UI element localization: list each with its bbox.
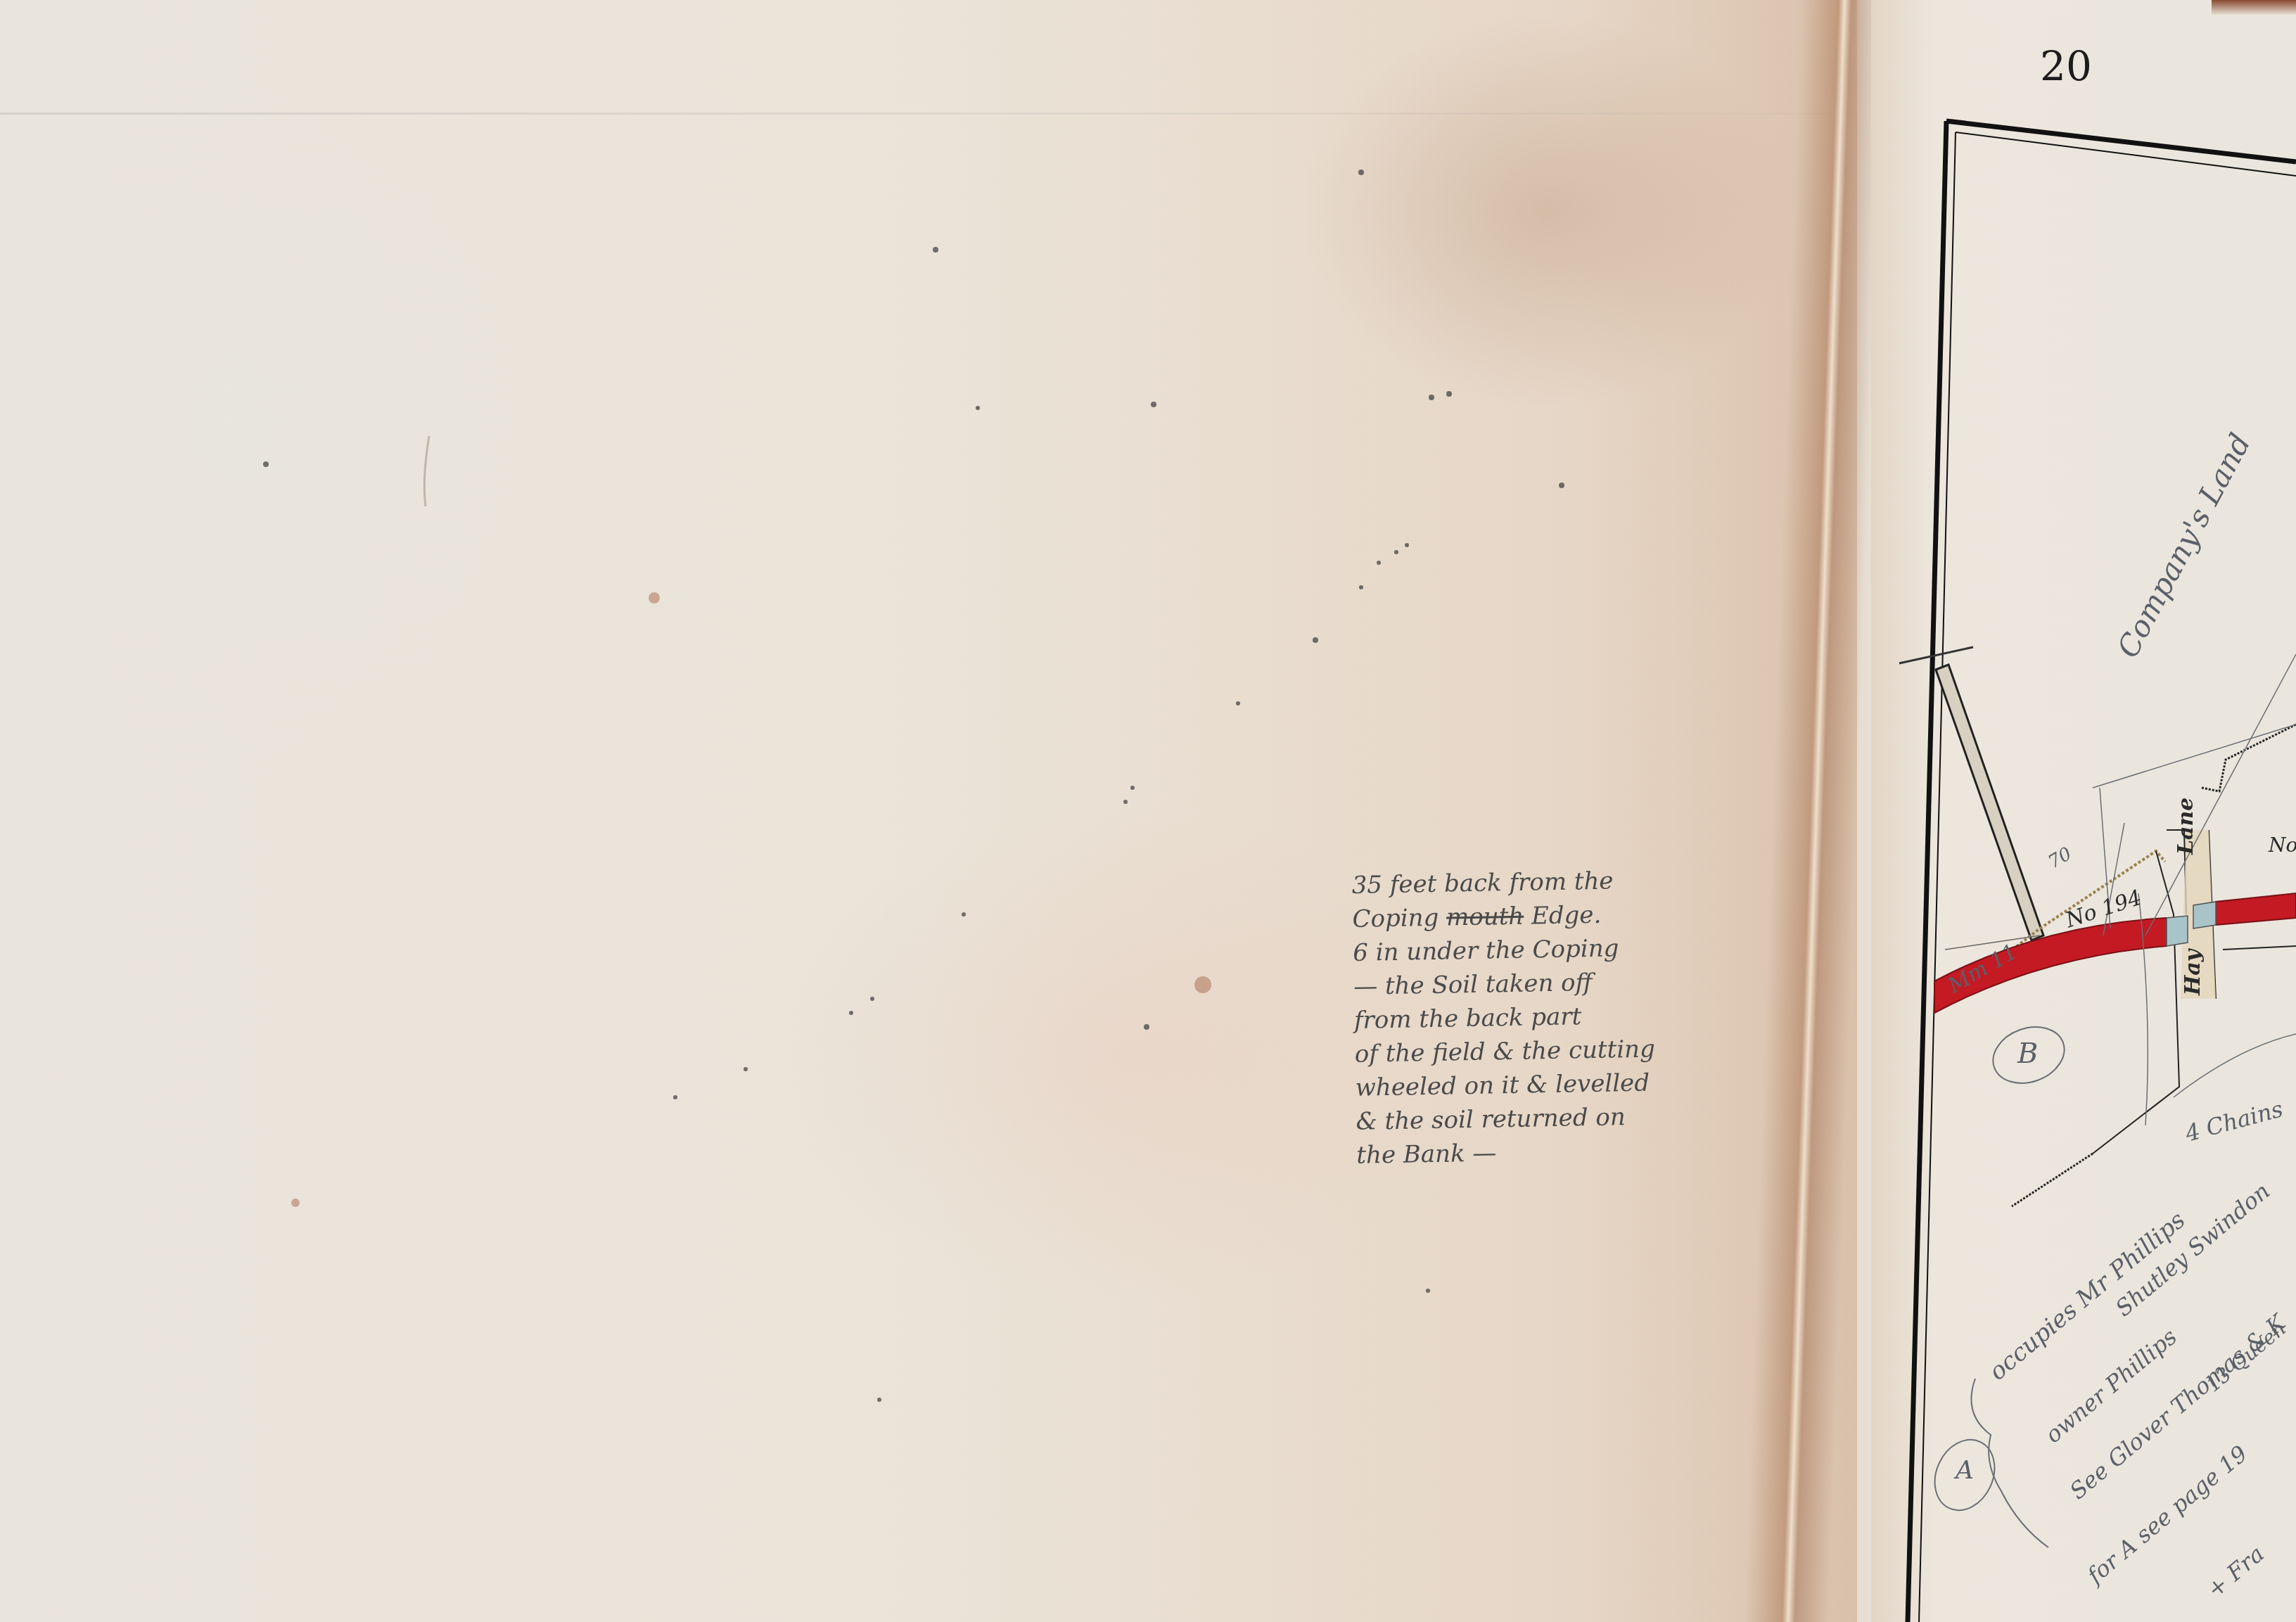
- survey-map: [0, 0, 2296, 1622]
- book-spread: 35 feet back from the Coping mouth Edge.…: [0, 0, 2296, 1622]
- label-hay: Hay: [2181, 950, 2205, 995]
- label-number-truncated: No: [2269, 834, 2296, 857]
- label-circled-b: B: [2017, 1037, 2038, 1070]
- label-circled-a: A: [1956, 1456, 1974, 1485]
- label-lane: Lane: [2174, 798, 2198, 855]
